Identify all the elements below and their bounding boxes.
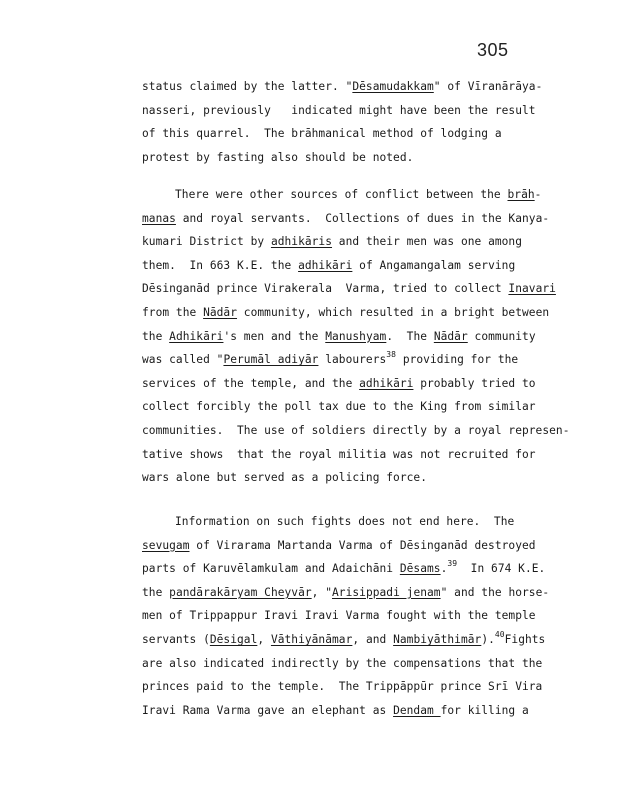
text-line: sevugam of Virarama Martanda Varma of Dē…	[142, 539, 536, 553]
text-run: from the	[142, 306, 203, 319]
text-run: parts of Karuvēlamkulam and Adaichāni	[142, 562, 400, 575]
underlined-term: sevugam	[142, 539, 190, 552]
text-run: for killing a	[441, 704, 529, 717]
text-line: There were other sources of conflict bet…	[175, 188, 541, 202]
text-run: them. In 663 K.E. the	[142, 259, 298, 272]
text-line: them. In 663 K.E. the adhikāri of Angama…	[142, 259, 515, 273]
text-run: . The	[386, 330, 434, 343]
underlined-term: pandārakāryam Cheyvār	[169, 586, 312, 599]
underlined-term: Nādār	[434, 330, 468, 343]
text-run: services of the temple, and the	[142, 377, 359, 390]
text-run: probably tried to	[413, 377, 535, 390]
text-run: the	[142, 586, 169, 599]
text-line: kumari District by adhikāris and their m…	[142, 235, 522, 249]
text-line: was called "Perumāl adiyār labourers38 p…	[142, 353, 518, 367]
text-run: , "	[312, 586, 332, 599]
text-run: There were other sources of conflict bet…	[175, 188, 508, 201]
text-line: communities. The use of soldiers directl…	[142, 424, 569, 438]
text-run: communities. The use of soldiers directl…	[142, 424, 569, 437]
text-run: nasseri, previously indicated might have…	[142, 104, 536, 117]
text-line: parts of Karuvēlamkulam and Adaichāni Dē…	[142, 562, 545, 576]
text-run: and their men was one among	[332, 235, 522, 248]
text-run: of Angamangalam serving	[352, 259, 515, 272]
underlined-term: Vāthiyānāmar	[271, 633, 352, 646]
text-run: princes paid to the temple. The Trippāpp…	[142, 680, 542, 693]
text-run: of Virarama Martanda Varma of Dēsinganād…	[190, 539, 536, 552]
text-line: collect forcibly the poll tax due to the…	[142, 400, 536, 414]
text-run: Fights	[505, 633, 546, 646]
text-line: men of Trippappur Iravi Iravi Varma foug…	[142, 609, 536, 623]
text-run: providing for the	[396, 353, 518, 366]
text-run: In 674 K.E.	[457, 562, 545, 575]
text-run: kumari District by	[142, 235, 271, 248]
text-run: status claimed by the latter. "	[142, 80, 352, 93]
text-line: of this quarrel. The brāhmanical method …	[142, 127, 502, 141]
text-line: are also indicated indirectly by the com…	[142, 657, 542, 671]
underlined-term: Arisippadi jenam	[332, 586, 441, 599]
text-line: services of the temple, and the adhikāri…	[142, 377, 536, 391]
text-run: ,	[257, 633, 271, 646]
text-run: protest by fasting also should be noted.	[142, 151, 413, 164]
footnote-ref: 38	[386, 350, 396, 359]
text-line: from the Nādār community, which resulted…	[142, 306, 549, 320]
text-run: ).	[481, 633, 495, 646]
text-line: status claimed by the latter. "Dēsamudak…	[142, 80, 542, 94]
text-run: 's men and the	[223, 330, 325, 343]
underlined-term: Perumāl adiyār	[223, 353, 318, 366]
text-run: collect forcibly the poll tax due to the…	[142, 400, 536, 413]
text-line: protest by fasting also should be noted.	[142, 151, 413, 165]
underlined-term: adhikāris	[271, 235, 332, 248]
underlined-term: Dendam	[393, 704, 441, 717]
underlined-term: Dēsamudakkam	[352, 80, 433, 93]
underlined-term: Nambiyāthimār	[393, 633, 481, 646]
text-line: manas and royal servants. Collections of…	[142, 212, 549, 226]
text-run: the	[142, 330, 169, 343]
text-line: princes paid to the temple. The Trippāpp…	[142, 680, 542, 694]
text-line: nasseri, previously indicated might have…	[142, 104, 536, 118]
underlined-term: manas	[142, 212, 176, 225]
text-run: men of Trippappur Iravi Iravi Varma foug…	[142, 609, 536, 622]
underlined-term: Dēsams	[400, 562, 441, 575]
text-run: community, which resulted in a bright be…	[237, 306, 549, 319]
text-run: , and	[352, 633, 393, 646]
underlined-term: Adhikāri	[169, 330, 223, 343]
text-line: servants (Dēsigal, Vāthiyānāmar, and Nam…	[142, 633, 545, 647]
underlined-term: Inavari	[508, 282, 556, 295]
text-line: Iravi Rama Varma gave an elephant as Den…	[142, 704, 529, 718]
text-run: labourers	[318, 353, 386, 366]
underlined-term: adhikāri	[359, 377, 413, 390]
text-run: servants (	[142, 633, 210, 646]
text-run: -	[535, 188, 542, 201]
text-run: community	[468, 330, 536, 343]
underlined-term: Nādār	[203, 306, 237, 319]
text-line: wars alone but served as a policing forc…	[142, 471, 427, 485]
text-run: wars alone but served as a policing forc…	[142, 471, 427, 484]
text-run: " of Vīranārāya-	[434, 80, 543, 93]
text-run: are also indicated indirectly by the com…	[142, 657, 542, 670]
text-line: Information on such fights does not end …	[175, 515, 514, 529]
text-line: Dēsinganād prince Virakerala Varma, trie…	[142, 282, 556, 296]
text-run: and royal servants. Collections of dues …	[176, 212, 549, 225]
text-run: Iravi Rama Varma gave an elephant as	[142, 704, 393, 717]
footnote-ref: 40	[495, 630, 505, 639]
text-line: the pandārakāryam Cheyvār, "Arisippadi j…	[142, 586, 549, 600]
text-run: " and the horse-	[441, 586, 550, 599]
underlined-term: brāh	[508, 188, 535, 201]
underlined-term: Dēsigal	[210, 633, 258, 646]
text-run: Dēsinganād prince Virakerala Varma, trie…	[142, 282, 508, 295]
text-run: was called "	[142, 353, 223, 366]
underlined-term: Manushyam	[325, 330, 386, 343]
text-line: tative shows that the royal militia was …	[142, 448, 536, 462]
footnote-ref: 39	[447, 559, 457, 568]
text-run: of this quarrel. The brāhmanical method …	[142, 127, 502, 140]
text-run: tative shows that the royal militia was …	[142, 448, 536, 461]
text-line: the Adhikāri's men and the Manushyam. Th…	[142, 330, 536, 344]
underlined-term: adhikāri	[298, 259, 352, 272]
text-run: Information on such fights does not end …	[175, 515, 514, 528]
page-number: 305	[477, 40, 509, 61]
